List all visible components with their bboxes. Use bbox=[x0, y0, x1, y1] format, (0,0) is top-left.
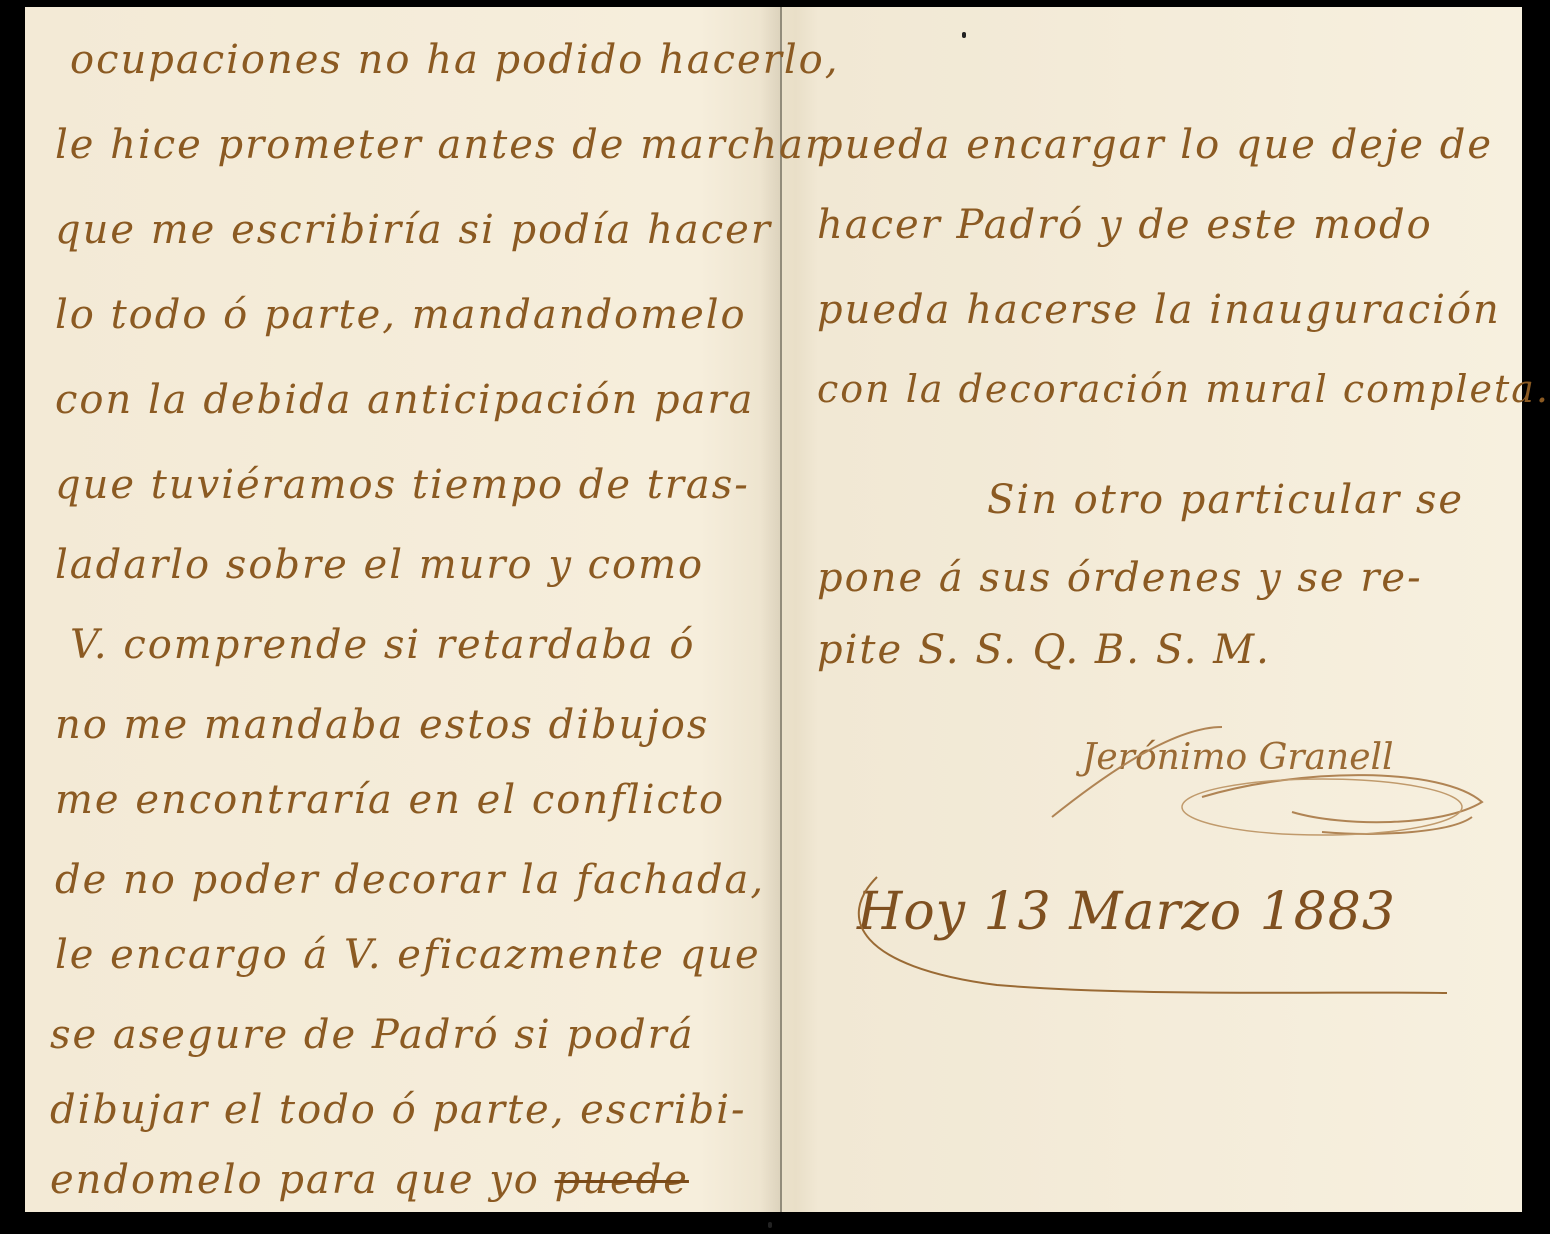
letter-line-final: endomelo para que yo puede bbox=[50, 1157, 689, 1203]
letter-line: lo todo ó parte, mandandomelo bbox=[55, 292, 747, 338]
signature-flourish-icon bbox=[1022, 707, 1502, 867]
closing-line: pite S. S. Q. B. S. M. bbox=[817, 627, 1271, 673]
struck-out-word: puede bbox=[555, 1157, 689, 1203]
letter-line: hacer Padró y de este modo bbox=[817, 202, 1433, 248]
left-page: ocupaciones no ha podido hacerlo, le hic… bbox=[25, 7, 780, 1212]
letter-line: pueda hacerse la inauguración bbox=[817, 287, 1501, 333]
letter-line: ladarlo sobre el muro y como bbox=[55, 542, 704, 588]
letter-line: V. comprende si retardaba ó bbox=[70, 622, 695, 668]
letter-line: no me mandaba estos dibujos bbox=[55, 702, 709, 748]
closing-line: pone á sus órdenes y se re- bbox=[817, 555, 1423, 601]
letter-line: ocupaciones no ha podido hacerlo, bbox=[70, 37, 839, 83]
closing-line: Sin otro particular se bbox=[987, 477, 1464, 523]
letter-line: se asegure de Padró si podrá bbox=[50, 1012, 695, 1058]
letter-line: me encontraría en el conflicto bbox=[55, 777, 725, 823]
letter-line: le encargo á V. eficazmente que bbox=[55, 932, 761, 978]
letter-sheet: ocupaciones no ha podido hacerlo, le hic… bbox=[25, 7, 1522, 1212]
right-page: pueda encargar lo que deje de hacer Padr… bbox=[782, 7, 1522, 1212]
paper-speck bbox=[962, 32, 966, 38]
date-flourish-icon bbox=[837, 867, 1457, 997]
letter-line: con la decoración mural completa. bbox=[817, 367, 1550, 411]
letter-line: que tuviéramos tiempo de tras- bbox=[55, 462, 750, 508]
letter-line-text: endomelo para que yo bbox=[50, 1157, 540, 1203]
letter-line: con la debida anticipación para bbox=[55, 377, 754, 423]
letter-line: le hice prometer antes de marchar bbox=[55, 122, 826, 168]
letter-line: dibujar el todo ó parte, escribi- bbox=[50, 1087, 747, 1133]
letter-line: que me escribiría si podía hacer bbox=[55, 207, 772, 253]
paper-speck bbox=[768, 1222, 772, 1228]
letter-line: pueda encargar lo que deje de bbox=[817, 122, 1493, 168]
letter-line: de no poder decorar la fachada, bbox=[55, 857, 765, 903]
